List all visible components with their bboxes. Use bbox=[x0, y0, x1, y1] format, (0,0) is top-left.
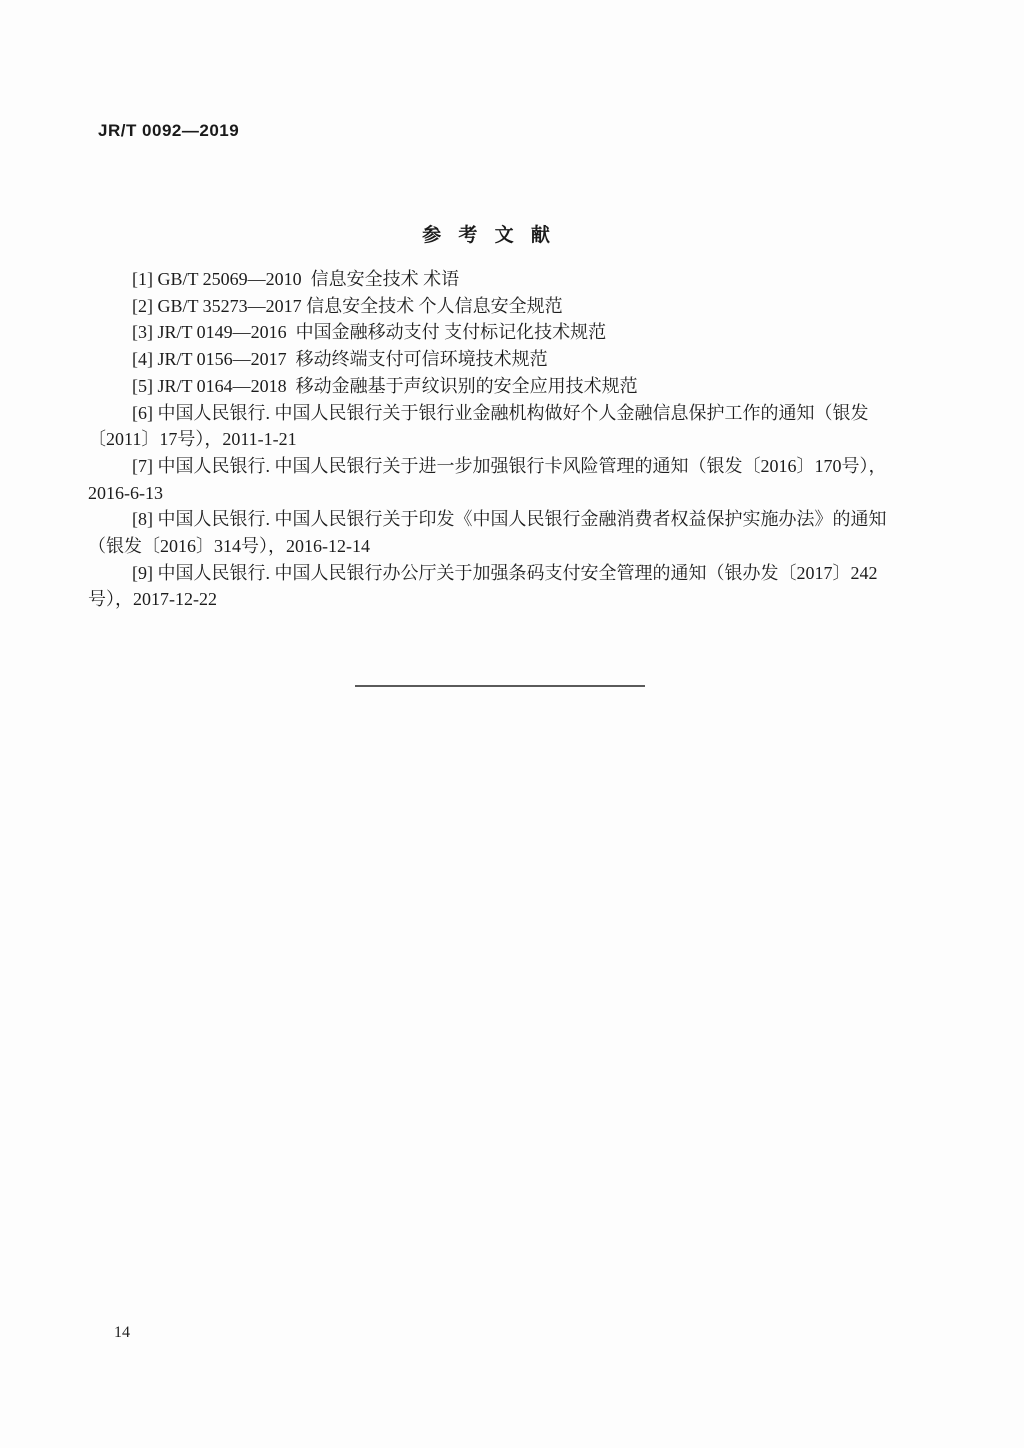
references-title: 参 考 文 献 bbox=[70, 220, 902, 247]
reference-item-8: [8] 中国人民银行. 中国人民银行关于印发《中国人民银行金融消费者权益保护实施… bbox=[88, 506, 922, 559]
page-number: 14 bbox=[114, 1324, 130, 1342]
end-of-document-divider bbox=[355, 685, 645, 687]
references-list: [1] GB/T 25069—2010 信息安全技术 术语 [2] GB/T 3… bbox=[88, 266, 922, 613]
reference-item-2: [2] GB/T 35273—2017 信息安全技术 个人信息安全规范 bbox=[88, 293, 922, 320]
reference-item-4: [4] JR/T 0156—2017 移动终端支付可信环境技术规范 bbox=[88, 346, 922, 373]
reference-item-9: [9] 中国人民银行. 中国人民银行办公厅关于加强条码支付安全管理的通知（银办发… bbox=[88, 560, 922, 613]
reference-item-1: [1] GB/T 25069—2010 信息安全技术 术语 bbox=[88, 266, 922, 293]
reference-item-6: [6] 中国人民银行. 中国人民银行关于银行业金融机构做好个人金融信息保护工作的… bbox=[88, 400, 922, 453]
reference-item-5: [5] JR/T 0164—2018 移动金融基于声纹识别的安全应用技术规范 bbox=[88, 373, 922, 400]
standard-code-header: JR/T 0092—2019 bbox=[98, 121, 239, 141]
reference-item-7: [7] 中国人民银行. 中国人民银行关于进一步加强银行卡风险管理的通知（银发〔2… bbox=[88, 453, 922, 506]
document-page: JR/T 0092—2019 参 考 文 献 [1] GB/T 25069—20… bbox=[0, 0, 1024, 1448]
reference-item-3: [3] JR/T 0149—2016 中国金融移动支付 支付标记化技术规范 bbox=[88, 319, 922, 346]
